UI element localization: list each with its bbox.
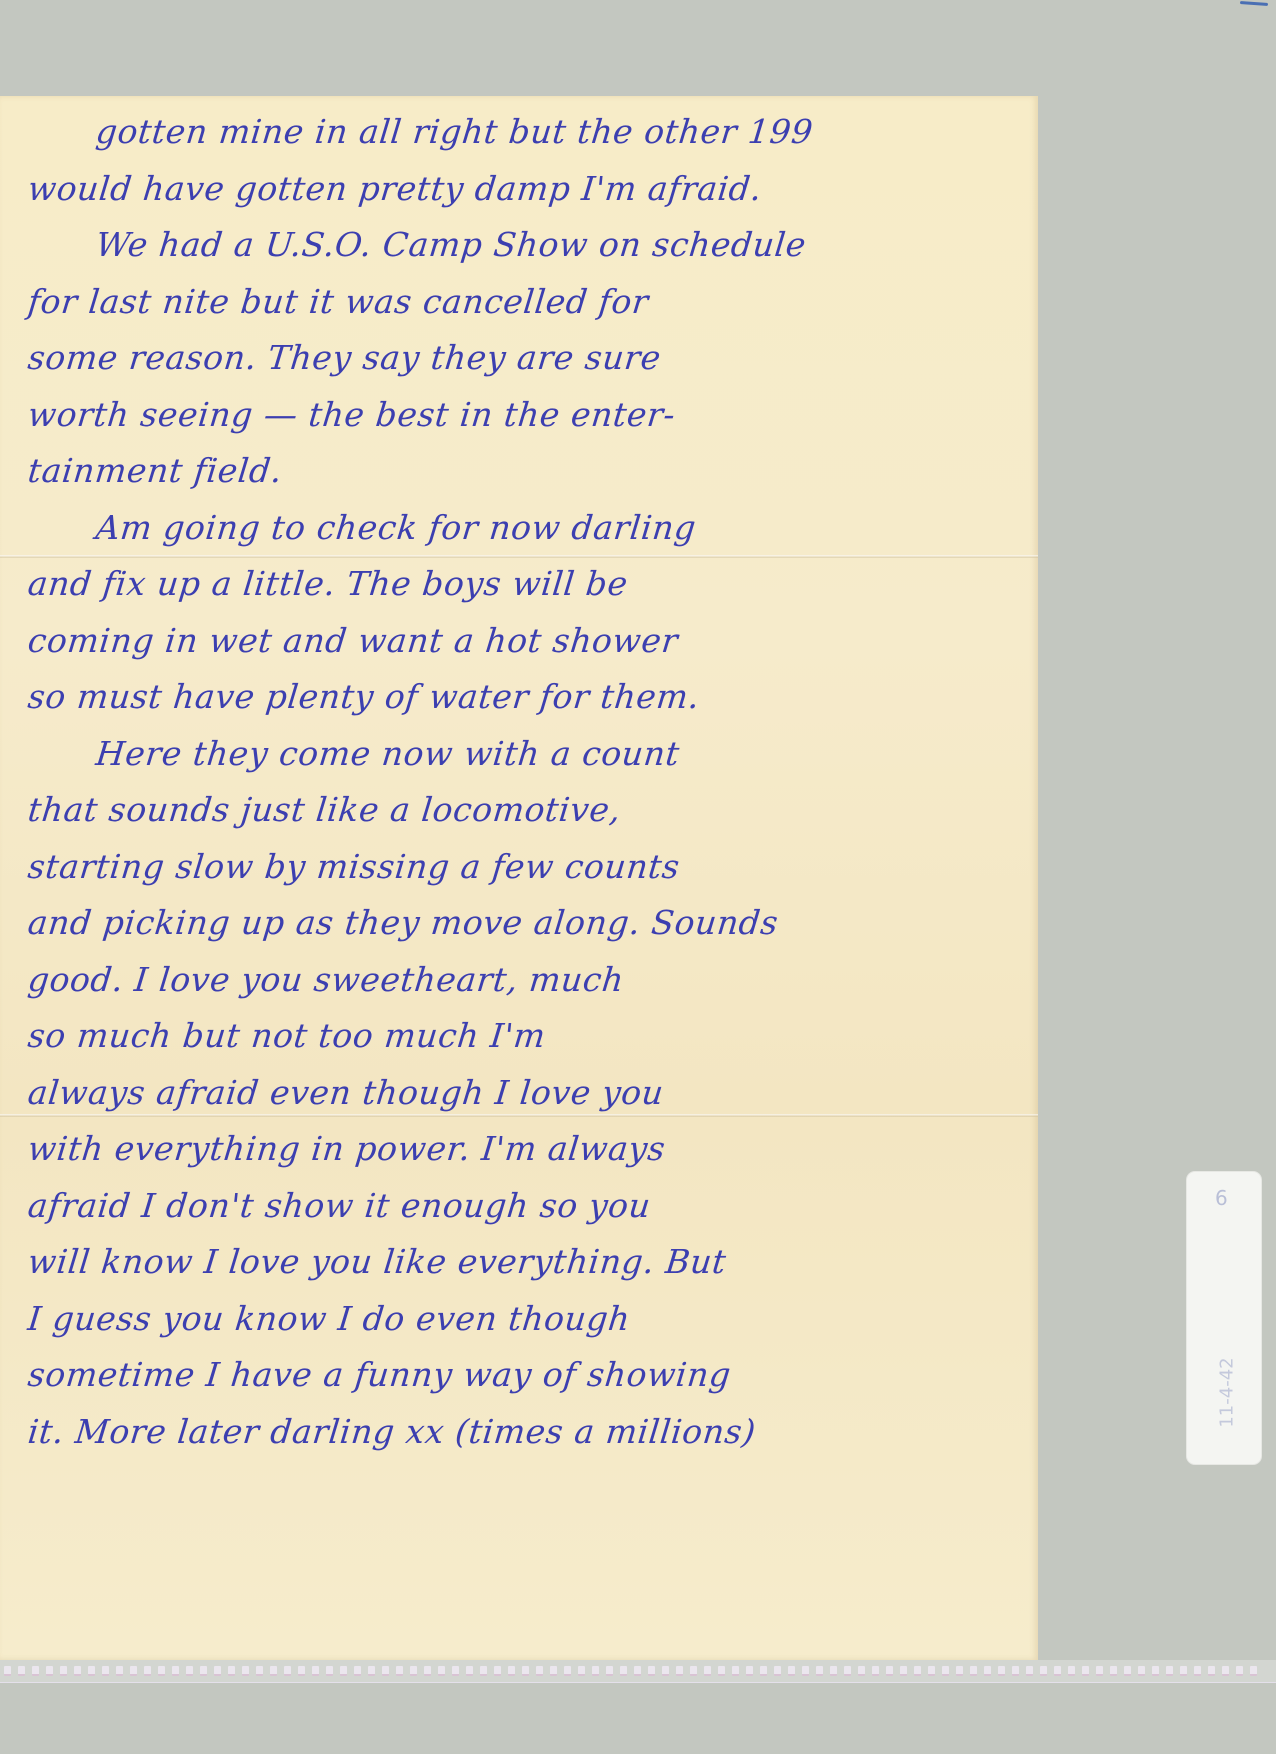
label-date: 11-4-42 [1217, 1343, 1238, 1443]
sleeve-perforated-strip [0, 1660, 1276, 1683]
perforation-row [4, 1666, 1257, 1676]
letter-line: and fix up a little. The boys will be [25, 556, 1011, 613]
letter-line: afraid I don't show it enough so you [25, 1178, 1011, 1235]
letter-line: always afraid even though I love you [25, 1065, 1011, 1122]
letter-line: would have gotten pretty damp I'm afraid… [25, 161, 1011, 218]
letter-line: it. More later darling xx (times a milli… [25, 1404, 1011, 1461]
letter-line: gotten mine in all right but the other 1… [25, 104, 1011, 161]
letter-line: for last nite but it was cancelled for [25, 274, 1011, 331]
letter-line: sometime I have a funny way of showing [25, 1347, 1011, 1404]
letter-line: so must have plenty of water for them. [25, 669, 1011, 726]
letter-line: We had a U.S.O. Camp Show on schedule [25, 217, 1011, 274]
letter-line: tainment field. [25, 443, 1011, 500]
letter-line: starting slow by missing a few counts [25, 839, 1011, 896]
letter-line: I guess you know I do even though [25, 1291, 1011, 1348]
sleeve-ink-mark [1240, 1, 1268, 6]
letter-line: so much but not too much I'm [25, 1008, 1011, 1065]
letter-line: Am going to check for now darling [25, 500, 1011, 557]
letter-body: gotten mine in all right but the other 1… [28, 104, 1008, 1460]
letter-line: Here they come now with a count [25, 726, 1011, 783]
archive-label: 6 11-4-42 [1187, 1172, 1261, 1464]
letter-line: with everything in power. I'm always [25, 1121, 1011, 1178]
letter-line: some reason. They say they are sure [25, 330, 1011, 387]
letter-line: coming in wet and want a hot shower [25, 613, 1011, 670]
letter-line: will know I love you like everything. Bu… [25, 1234, 1011, 1291]
letter-line: good. I love you sweetheart, much [25, 952, 1011, 1009]
letter-line: that sounds just like a locomotive, [25, 782, 1011, 839]
label-number: 6 [1215, 1186, 1228, 1210]
letter-page: gotten mine in all right but the other 1… [0, 96, 1038, 1660]
letter-line: worth seeing — the best in the enter- [25, 387, 1011, 444]
letter-line: and picking up as they move along. Sound… [25, 895, 1011, 952]
